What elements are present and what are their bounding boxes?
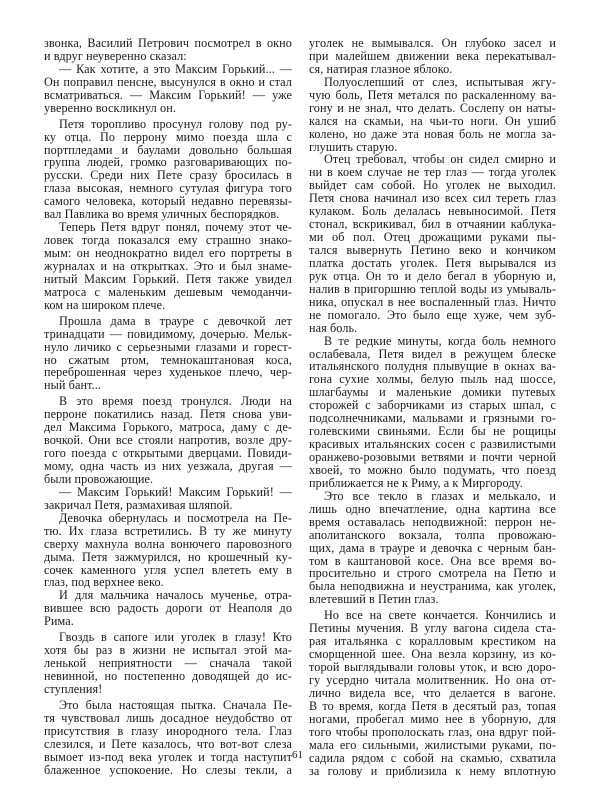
text-line: звонка, Василий Петрович посмотрел в окн… [44,37,292,50]
text-line: ника, опускал в нее воспаленный глаз. Ни… [309,296,556,309]
page-number: 61 [292,749,303,761]
text-line: нуло личико с серьезными глазами и горес… [44,341,292,354]
text-line: ком на широком плече. [44,299,292,312]
text-line: слезился, и Пете казалось, что вот-вот с… [44,738,292,751]
text-line: рук отца. Он то и дело бегал в уборную и… [309,270,556,283]
text-line: ный бант... [44,379,292,392]
text-line: мала его сильными, жилистыми руками, по- [309,739,556,752]
text-line: — Максим Горький! Максим Горький! — [44,486,292,499]
text-line: всматриваться. — Максим Горький! — уже [44,89,292,102]
right-text-column: уголек не вымывался. Он глубоко засел ип… [309,37,556,777]
text-line: блаженное успокоение. Но слезы текли, а [44,764,292,777]
left-text-column: звонка, Василий Петрович посмотрел в окн… [44,37,292,777]
text-line: садила рядом с собой на скамью, схватила [309,752,556,765]
text-line: тринадцати — повидимому, дочерью. Мельк- [44,328,292,341]
text-line: журналах и на открытках. Это и был знаме… [44,260,292,273]
text-line: за голову и приблизила к нему вплотную [309,765,556,778]
text-line: вившее всю радость дороги от Неаполя до [44,602,292,615]
text-line: влетевший в Петин глаз. [309,593,556,606]
text-line: не помогало. Это было еще хуже, чем зуб- [309,309,556,322]
text-line: и вдруг неуверенно сказал: [44,50,292,63]
text-line: матроса с маленьким дешевым чемоданчи- [44,286,292,299]
text-line: невинной, но постепенно доводящей до ис- [44,670,292,683]
text-line: тя чувствовал лишь досадное неудобство о… [44,712,292,725]
text-line: гу усердно читала молитвенник. Но она от… [309,674,556,687]
text-line: ся, натирая глазное яблоко. [309,63,556,76]
text-line: тался вывернуть Петино веко и кончиком [309,244,556,257]
text-line: лишь одно впечатление, одна картина все [309,503,556,516]
text-line: В то время, когда Петя в десятый раз, то… [309,700,556,713]
text-line: хвоей, то можно было подумать, что поезд [309,464,556,477]
text-line: приближается не к Риму, а к Миргороду. [309,477,556,490]
text-line: Девочка обернулась и посмотрела на Пе- [44,512,292,525]
text-line: Это все текло в глазах и мелькало, и [309,490,556,503]
text-line: оранжево-розовыми ветвями и почти черной [309,451,556,464]
text-line: Он поправил пенсне, высунулся в окно и с… [44,76,292,89]
text-line: мому, одна часть из них уезжала, другая … [44,460,292,473]
text-line: сверху махнула волна вонючего паровозног… [44,538,292,551]
text-line: Полуослепший от слез, испытывая жгу- [309,76,556,89]
text-line: Петя торопливо просунул голову под ру- [44,118,292,131]
text-line: лично видела все, что делается в вагоне. [309,687,556,700]
text-line: нитый Максим Горький. Петя также увидел [44,273,292,286]
text-line: дыма. Петя зажмурился, но крошечный ку- [44,551,292,564]
book-page: звонка, Василий Петрович посмотрел в окн… [0,0,600,801]
text-line: ная боль. [309,322,556,335]
text-line: Это была настоящая пытка. Сначала Пе- [44,699,292,712]
text-line: присутствия в глазу инородного тела. Гла… [44,725,292,738]
text-line: уверенно воскликнул он. [44,102,292,115]
text-line: торой выглядывали головы уток, и всю дор… [309,661,556,674]
text-line: колено, но даже эта новая боль не могла … [309,128,556,141]
text-line: ногами, пробегал мимо нее в уборную, для [309,713,556,726]
text-line: того чтобы прополоскать глаз, она вдруг … [309,726,556,739]
text-line: аполитанского вокзала, толпа провожаю- [309,529,556,542]
text-line: ступления! [44,683,292,696]
text-line: ку отца. По перрону мимо поезда шла с [44,131,292,144]
text-line: — Как хотите, а это Максим Горький... — [44,63,292,76]
text-line: уголек не вымывался. Он глубоко засел и [309,37,556,50]
text-line: Прошла дама в трауре с девочкой лет [44,315,292,328]
text-line: мым: он неоднократно видел его портреты … [44,247,292,260]
text-line: время оставалась неподвижной: перрон не- [309,516,556,529]
text-line: налив в пригоршню теплой воды из умываль… [309,283,556,296]
text-line: кался на скамьи, на чьи-то ноги. Он ушиб [309,115,556,128]
text-line: были провожающие. [44,473,292,486]
text-line: при малейшем движении века перекатывал- [309,50,556,63]
text-line: Рима. [44,615,292,628]
text-line: В те редкие минуты, когда боль немного [309,335,556,348]
text-line: щих, дама в трауре и девочка с черным ба… [309,542,556,555]
text-line: закричал Петя, размахивая шляпой. [44,499,292,512]
text-line: тю. Их глаза встретились. В ту же минуту [44,525,292,538]
text-line: гону и не знал, что делать. Сослепу он н… [309,102,556,115]
text-line: платка достать уголек. Петя вырывался из [309,257,556,270]
text-line: вымоет из-под века уголек и тогда наступ… [44,751,292,764]
text-line: чую боль, Петя метался по раскаленному в… [309,89,556,102]
